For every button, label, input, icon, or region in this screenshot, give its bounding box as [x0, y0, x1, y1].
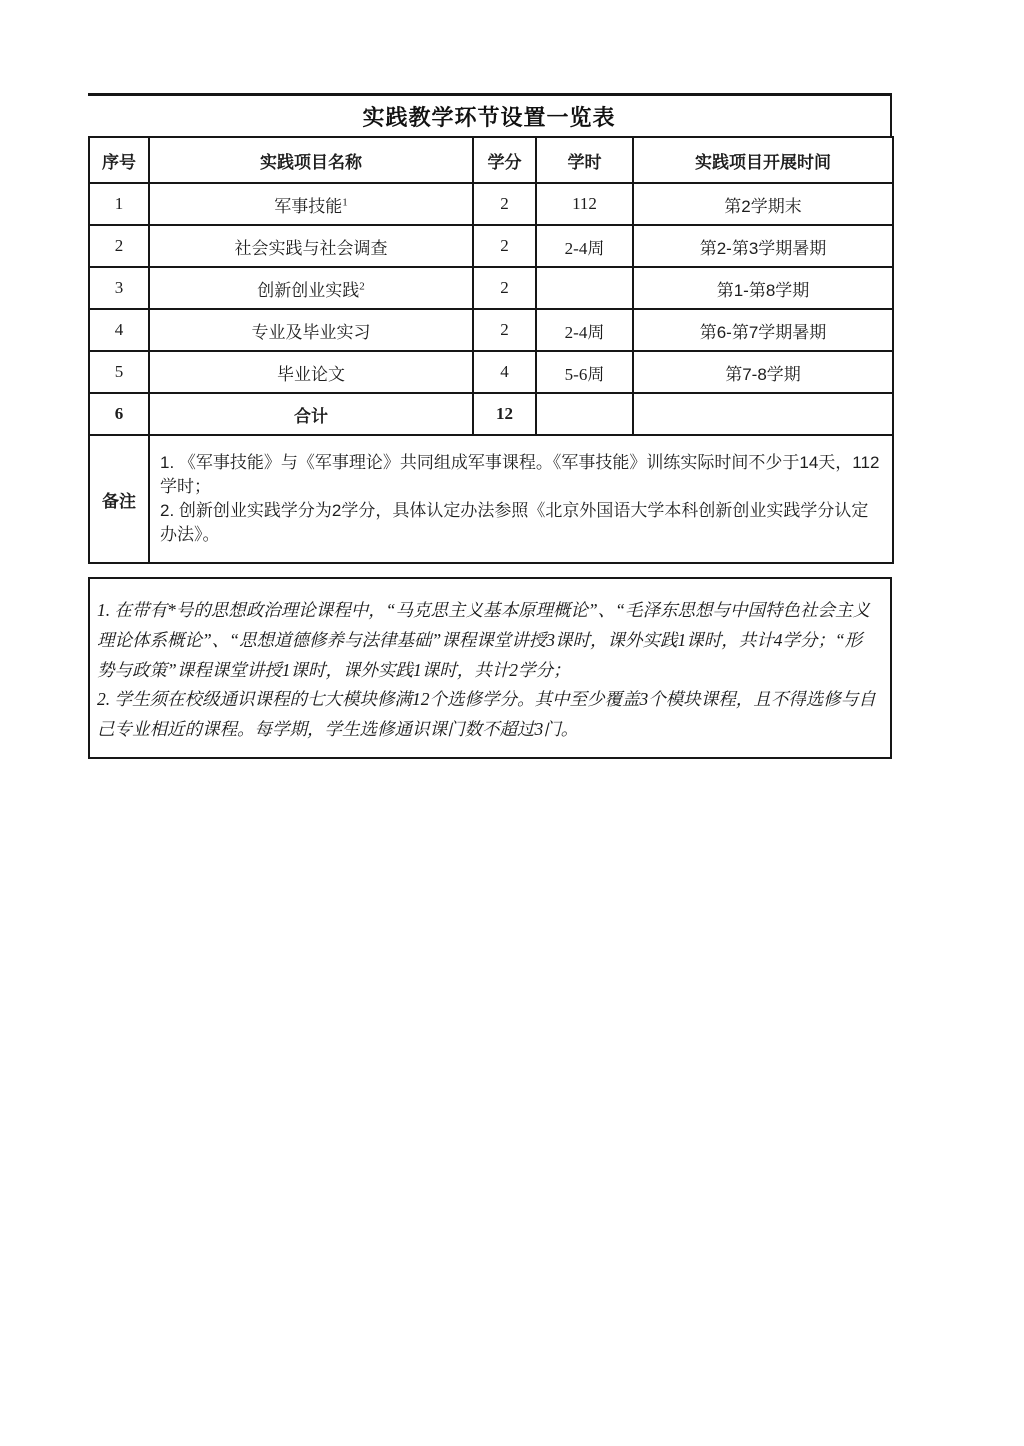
cell-no: 1 — [89, 183, 149, 225]
footnotes-box: 1. 在带有*号的思想政治理论课程中，“马克思主义基本原理概论”、“毛泽东思想与… — [88, 577, 892, 759]
footnote-marker: 2 — [359, 280, 365, 292]
hours-value: 5-6周 — [565, 365, 605, 384]
credits-value: 4 — [500, 362, 509, 381]
remark-line-1: 1. 《军事技能》与《军事理论》共同组成军事课程。《军事技能》训练实际时间不少于… — [160, 451, 880, 499]
credits-value: 2 — [500, 194, 509, 213]
cell-credits: 4 — [473, 351, 536, 393]
row-number: 1 — [115, 194, 124, 213]
remark-content: 1. 《军事技能》与《军事理论》共同组成军事课程。《军事技能》训练实际时间不少于… — [149, 435, 893, 563]
cell-no: 3 — [89, 267, 149, 309]
practice-courses-table: 序号 实践项目名称 学分 学时 实践项目开展时间 1 军事技能1 2 112 第… — [88, 136, 894, 564]
cell-name: 毕业论文 — [149, 351, 473, 393]
table-row: 5 毕业论文 4 5-6周 第7-8学期 — [89, 351, 893, 393]
cell-time: 第2-第3学期暑期 — [633, 225, 893, 267]
table-row: 1 军事技能1 2 112 第2学期末 — [89, 183, 893, 225]
table-header-row: 序号 实践项目名称 学分 学时 实践项目开展时间 — [89, 137, 893, 183]
credits-total: 12 — [496, 404, 513, 423]
page-title: 实践教学环节设置一览表 — [362, 101, 615, 132]
cell-name: 军事技能1 — [149, 183, 473, 225]
cell-name: 创新创业实践2 — [149, 267, 473, 309]
table-row: 4 专业及毕业实习 2 2-4周 第6-第7学期暑期 — [89, 309, 893, 351]
time-value: 第1-第8学期 — [717, 281, 810, 300]
cell-hours: 2-4周 — [536, 309, 633, 351]
cell-name: 社会实践与社会调查 — [149, 225, 473, 267]
credits-value: 2 — [500, 320, 509, 339]
course-name: 社会实践与社会调查 — [235, 239, 388, 258]
scanned-document-page: 实践教学环节设置一览表 序号 实践项目名称 学分 学时 实践项目开展时间 1 军… — [0, 0, 1024, 1446]
time-value: 第2学期末 — [724, 197, 801, 216]
cell-credits: 2 — [473, 183, 536, 225]
cell-no: 4 — [89, 309, 149, 351]
cell-time: 第1-第8学期 — [633, 267, 893, 309]
cell-name: 专业及毕业实习 — [149, 309, 473, 351]
table-row: 3 创新创业实践2 2 第1-第8学期 — [89, 267, 893, 309]
row-number: 5 — [115, 362, 124, 381]
header-hours: 学时 — [536, 137, 633, 183]
cell-hours: 5-6周 — [536, 351, 633, 393]
cell-hours: 112 — [536, 183, 633, 225]
cell-time: 第7-8学期 — [633, 351, 893, 393]
course-name: 军事技能 — [274, 197, 342, 216]
time-value: 第7-8学期 — [725, 365, 801, 384]
cell-no: 2 — [89, 225, 149, 267]
time-value: 第6-第7学期暑期 — [700, 323, 827, 342]
course-name: 专业及毕业实习 — [252, 323, 371, 342]
cell-credits: 2 — [473, 225, 536, 267]
course-name: 创新创业实践 — [257, 281, 359, 300]
cell-credits: 2 — [473, 267, 536, 309]
header-no: 序号 — [89, 137, 149, 183]
cell-name: 合计 — [149, 393, 473, 435]
table-row-total: 6 合计 12 — [89, 393, 893, 435]
credits-value: 2 — [500, 278, 509, 297]
footnote-item-1: 1. 在带有*号的思想政治理论课程中，“马克思主义基本原理概论”、“毛泽东思想与… — [97, 596, 876, 685]
time-value: 第2-第3学期暑期 — [700, 239, 827, 258]
cell-no: 6 — [89, 393, 149, 435]
cell-hours — [536, 267, 633, 309]
remark-line-2: 2. 创新创业实践学分为2学分，具体认定办法参照《北京外国语大学本科创新创业实践… — [160, 499, 880, 547]
cell-credits: 12 — [473, 393, 536, 435]
hours-value: 2-4周 — [565, 239, 605, 258]
cell-hours — [536, 393, 633, 435]
total-label: 合计 — [294, 407, 328, 426]
header-credits: 学分 — [473, 137, 536, 183]
row-number: 6 — [115, 404, 124, 423]
table-row: 2 社会实践与社会调查 2 2-4周 第2-第3学期暑期 — [89, 225, 893, 267]
row-number: 4 — [115, 320, 124, 339]
hours-value: 112 — [572, 194, 597, 213]
cell-credits: 2 — [473, 309, 536, 351]
footnote-marker: 1 — [342, 196, 348, 208]
cell-no: 5 — [89, 351, 149, 393]
row-number: 3 — [115, 278, 124, 297]
remark-row: 备注 1. 《军事技能》与《军事理论》共同组成军事课程。《军事技能》训练实际时间… — [89, 435, 893, 563]
title-band: 实践教学环节设置一览表 — [88, 93, 892, 136]
remark-label: 备注 — [89, 435, 149, 563]
hours-value: 2-4周 — [565, 323, 605, 342]
row-number: 2 — [115, 236, 124, 255]
course-name: 毕业论文 — [277, 365, 345, 384]
table-sheet: 实践教学环节设置一览表 序号 实践项目名称 学分 学时 实践项目开展时间 1 军… — [88, 93, 892, 759]
cell-time — [633, 393, 893, 435]
footnote-item-2: 2. 学生须在校级通识课程的七大模块修满12个选修学分。其中至少覆盖3个模块课程… — [97, 685, 876, 745]
cell-hours: 2-4周 — [536, 225, 633, 267]
header-time: 实践项目开展时间 — [633, 137, 893, 183]
cell-time: 第2学期末 — [633, 183, 893, 225]
header-name: 实践项目名称 — [149, 137, 473, 183]
credits-value: 2 — [500, 236, 509, 255]
cell-time: 第6-第7学期暑期 — [633, 309, 893, 351]
